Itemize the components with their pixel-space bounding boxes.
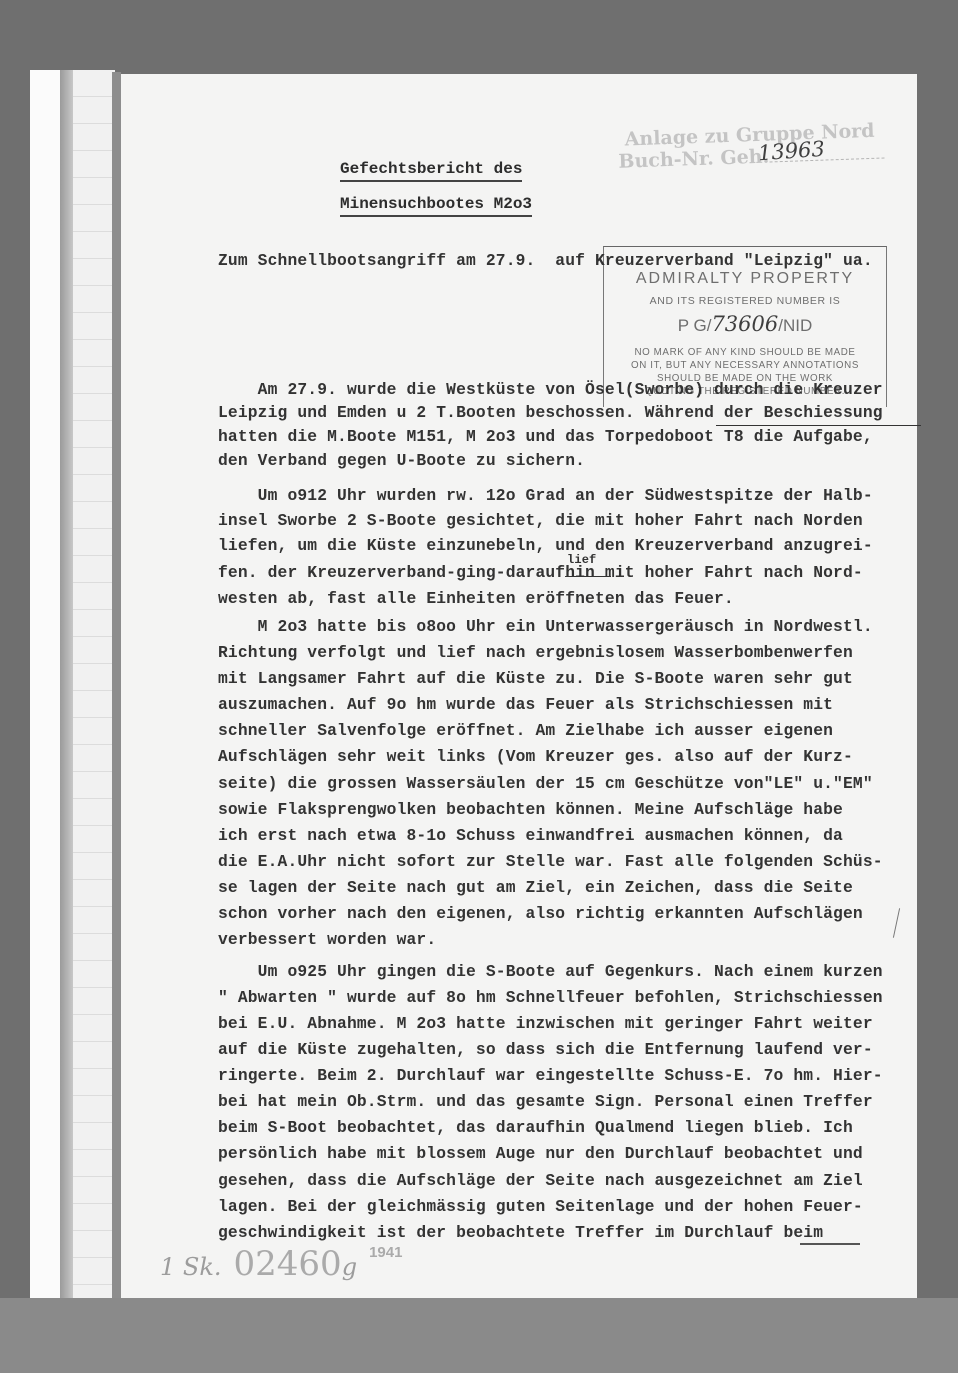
body-line: schneller Salvenfolge eröffnet. Am Zielh… — [218, 721, 833, 740]
body-line: ich erst nach etwa 8-1o Schuss einwandfr… — [218, 826, 843, 845]
body-line: Um o925 Uhr gingen die S-Boote auf Gegen… — [218, 962, 883, 981]
body-line: sowie Flaksprengwolken beobachten können… — [218, 800, 843, 819]
archive-number: 02460 — [234, 1244, 342, 1284]
body-line: persönlich habe mit blossem Auge nur den… — [218, 1144, 863, 1163]
body-line: Aufschlägen sehr weit links (Vom Kreuzer… — [218, 747, 853, 766]
title-line-1: Gefechtsbericht des — [340, 160, 570, 178]
underlying-sheet — [30, 70, 60, 1298]
binding-shadow — [60, 70, 73, 1298]
body-line: Richtung verfolgt und lief nach ergebnis… — [218, 643, 853, 662]
body-line: mit Langsamer Fahrt auf die Küste zu. Di… — [218, 669, 853, 688]
body-line: hatten die M.Boote M151, M 2o3 und das T… — [218, 427, 873, 446]
subtitle: Zum Schnellbootsangriff am 27.9. auf Kre… — [218, 251, 873, 270]
scan-background — [0, 1298, 958, 1373]
interlinear-correction: lief — [567, 553, 596, 567]
body-line: den Verband gegen U-Boote zu sichern. — [218, 451, 585, 470]
strikethrough-mark — [565, 576, 611, 577]
registration-number: 73606 — [711, 312, 778, 336]
page-fold — [112, 72, 121, 1298]
body-line: insel Sworbe 2 S-Boote gesichtet, die mi… — [218, 511, 863, 530]
admiralty-stamp-heading: ADMIRALTY PROPERTY — [604, 270, 886, 288]
body-line: lagen. Bei der gleichmässig guten Seiten… — [218, 1197, 863, 1216]
admiralty-registration: P G/73606/NID — [604, 312, 886, 336]
body-line: die E.A.Uhr nicht sofort zur Stelle war.… — [218, 852, 883, 871]
body-line: " Abwarten " wurde auf 8o hm Schnellfeue… — [218, 988, 883, 1007]
admiralty-stamp-subheading: AND ITS REGISTERED NUMBER IS — [604, 295, 886, 307]
body-line: auf die Küste zugehalten, so dass sich d… — [218, 1040, 873, 1059]
body-line: schon vorher nach den eigenen, also rich… — [218, 904, 863, 923]
title-line-2: Minensuchbootes M2o3 — [340, 195, 570, 213]
archive-year: 1941 — [369, 1244, 402, 1261]
body-line: geschwindigkeit ist der beobachtete Tref… — [218, 1223, 823, 1242]
body-line: gesehen, dass die Aufschläge der Seite n… — [218, 1171, 863, 1190]
binding-strip — [73, 70, 115, 1298]
body-line: bei E.U. Abnahme. M 2o3 hatte inzwischen… — [218, 1014, 873, 1033]
body-line: se lagen der Seite nach gut am Ziel, ein… — [218, 878, 853, 897]
handwritten-signature: 1 Sk. — [160, 1253, 222, 1281]
body-line: M 2o3 hatte bis o8oo Uhr ein Unterwasser… — [218, 617, 873, 636]
body-line: seite) die grossen Wassersäulen der 15 c… — [218, 774, 873, 793]
body-line: liefen, um die Küste einzunebeln, und de… — [218, 536, 873, 555]
body-line: ringerte. Beim 2. Durchlauf war eingeste… — [218, 1066, 883, 1085]
underline-mark — [800, 1243, 860, 1245]
archive-stamp: Anlage zu Gruppe Nord Buch-Nr. Geh. — [624, 119, 884, 172]
body-line: Leipzig und Emden u 2 T.Booten beschosse… — [218, 403, 883, 422]
body-line: westen ab, fast alle Einheiten eröffnete… — [218, 589, 734, 608]
body-line: Um o912 Uhr wurden rw. 12o Grad an der S… — [218, 486, 873, 505]
body-line: beim S-Boot beobachtet, das daraufhin Qu… — [218, 1118, 853, 1137]
bottom-archive-stamp: 1 Sk.02460g1941 — [160, 1244, 402, 1284]
body-line: auszumachen. Auf 9o hm wurde das Feuer a… — [218, 695, 833, 714]
body-line: bei hat mein Ob.Strm. und das gesamte Si… — [218, 1092, 873, 1111]
body-line: fen. der Kreuzerverband-ging-daraufhin m… — [218, 563, 863, 582]
body-line: verbessert worden war. — [218, 930, 436, 949]
strikethrough-mark — [716, 425, 921, 426]
handwritten-archive-number: 13963 — [757, 137, 825, 166]
body-line: Am 27.9. wurde die Westküste von Ösel(Sw… — [218, 380, 883, 399]
